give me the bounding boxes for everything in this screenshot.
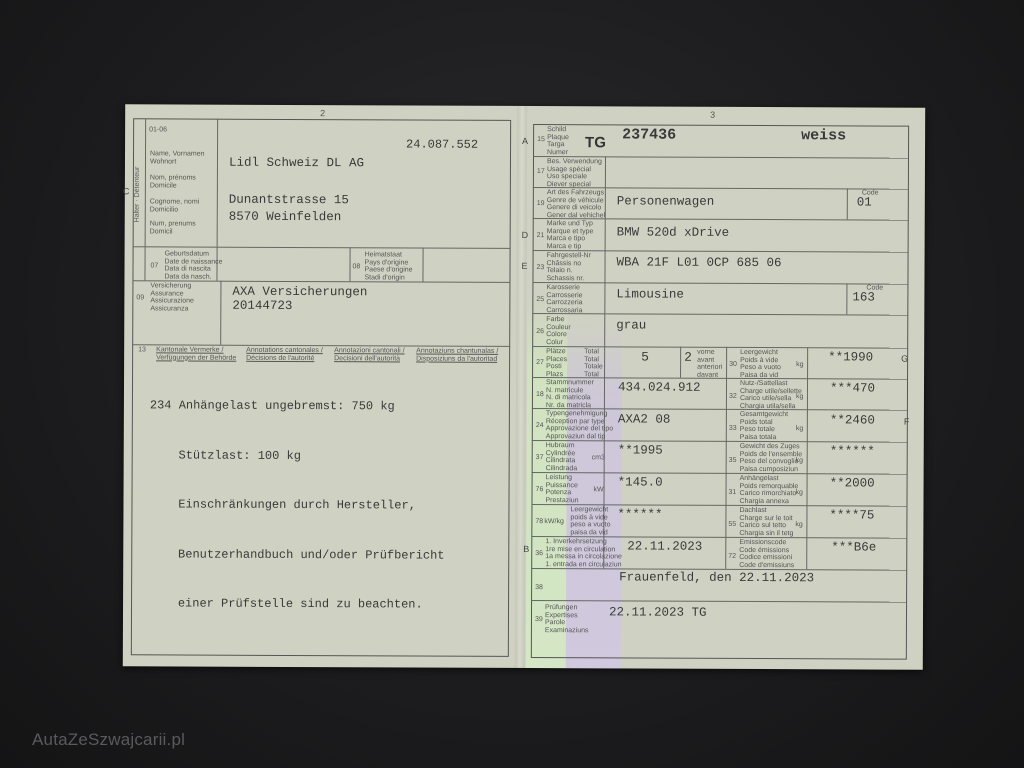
displacement-label: HubraumCylindréeCilindrataCilindrada [546,442,578,472]
holder-city: 8570 Weinfelden [229,210,342,224]
plate-canton: TG [585,134,606,151]
empty-weight-value: **1990 [828,350,873,364]
payload-label: Nutz-/SattellastCharge utile/selletteCar… [740,380,802,410]
power-unit: kW [594,486,604,493]
trailer-load-value: **2000 [830,476,875,490]
plate-number: 237436 [622,126,676,143]
displacement-unit: cm3 [592,454,605,461]
vehicle-type-label: Art des FahrzeugsGenre de véhiculeGenere… [547,189,606,219]
page-number-right: 3 [710,110,715,120]
side-letter-f: F [904,417,910,427]
holder-label-rm: Num, prenums Domicil [150,220,216,235]
power-weight-label: Leergewichtpoids à videpeso a vuotopaisa… [570,506,610,536]
place-date-value: Frauenfeld, den 22.11.2023 [619,570,814,585]
seats-front-label: vorneavantanterioridavant [697,349,722,379]
make-value: BMW 520d xDrive [617,225,730,239]
holder-label-de: Name, Vornamen Wohnort [150,150,216,165]
emission-code-label: EmissionscodeCode émissionsCodice emissi… [739,539,794,569]
seats-total: 5 [641,350,649,365]
holder-label-fr: Nom, prénoms Domicile [150,174,216,189]
chassis-label: Fahrgestell-NrChâssis noTelaio n.Schassi… [546,252,590,282]
matriculation-num: 18 [536,391,544,398]
make-num: 21 [537,232,545,239]
roof-load-num: 55 [728,521,736,528]
power-num: 76 [536,486,544,493]
payload-value: ***470 [830,381,875,395]
side-letter-b: B [523,544,529,554]
birth-label: GeburtsdatumDate de naissanceData di nas… [164,250,222,280]
birth-num: 07 [151,262,159,269]
plate-num: 15 [537,136,545,143]
roof-load-value: ****75 [829,508,874,522]
matriculation-label: StammnummerN. matriculeN. di matricolaNr… [546,379,594,409]
body-code: 163 [852,290,875,304]
roof-load-unit: kg [795,521,802,528]
roof-load-label: DachlastCharge sur le toitCarico sul tet… [739,507,793,537]
empty-weight-unit: kg [796,361,803,368]
first-registration-num: 36 [535,550,543,557]
body-num: 25 [536,296,544,303]
annotations-text: 234 Anhängelast ungebremst: 750 kg Stütz… [149,364,445,646]
emission-code-value: ***B6e [831,540,876,554]
vehicle-registration-document: 2 3 C Halter · Détenteur 01-06 Name, Vor… [123,104,925,669]
inspections-label: PrüfungenExpertisesParoleExaminaziuns [545,604,589,634]
matriculation-value: 434.024.912 [618,380,701,394]
holder-number: 24.087.552 [406,137,478,151]
type-approval-label: TypengenehmigungRéception par typeApprov… [546,410,613,440]
train-weight-value: ****** [830,444,875,458]
vehicle-type-value: Personenwagen [617,194,715,208]
train-weight-unit: kg [796,457,803,464]
holder-name: Lidl Schweiz DL AG [229,156,364,171]
power-weight-unit: kW/kg [544,518,563,525]
side-letter-a: A [522,136,528,146]
displacement-value: **1995 [618,443,663,457]
displacement-num: 37 [536,454,544,461]
trailer-load-num: 31 [729,489,737,496]
trailer-load-unit: kg [796,489,803,496]
page-number-left: 2 [320,108,325,118]
insurance-num: 09 [136,294,144,301]
side-letter-c: C [123,186,130,196]
total-weight-unit: kg [796,425,803,432]
chassis-value: WBA 21F L01 0CP 685 06 [617,255,782,270]
first-registration-value: 22.11.2023 [627,539,702,553]
total-weight-label: GesamtgewichtPoids totalPeso totalePaisa… [740,411,788,441]
chassis-num: 23 [537,264,545,271]
payload-unit: kg [796,393,803,400]
side-letter-d: D [522,230,529,240]
total-weight-value: **2460 [830,413,875,427]
insurance-label: VersicherungAssuranceAssicurazioneAssicu… [150,282,194,312]
seats-total-label: TotalTotalTotaleTotal [584,348,603,378]
special-use-num: 17 [537,168,545,175]
holder-label-it: Cognome, nomi Domicilio [150,198,216,213]
insurance-company: AXA Versicherungen [232,285,367,300]
side-letter-g: G [901,354,908,364]
watermark: AutaZeSzwajcarii.pl [32,730,185,750]
plate-color: weiss [801,127,846,144]
first-registration-label: 1. Inverkehrsetzung1re mise en circulati… [545,538,622,568]
place-date-num: 38 [535,584,543,591]
trailer-load-label: AnhängelastPoids remorquableCarico rimor… [739,475,798,505]
power-weight-value: ****** [617,507,662,521]
power-label: LeistungPuissancePotenzaPrestaziun [545,474,578,504]
type-approval-num: 24 [536,422,544,429]
payload-num: 32 [729,393,737,400]
inspections-num: 39 [535,616,543,623]
side-letter-e: E [522,261,528,271]
origin-num: 08 [353,263,361,270]
power-value: *145.0 [618,475,663,489]
make-label: Marke und TypMarque et typeMarca e tipoM… [547,220,594,250]
insurance-policy: 20144723 [232,299,292,313]
holder-street: Dunantstrasse 15 [229,193,349,208]
annotations-header: 13 Kantonale Vermerke / Verfügungen der … [138,346,508,363]
color-label: FarbeCouleurColoreColur [546,316,571,346]
origin-label: HeimatstaatPays d'originePaese d'origine… [364,251,412,281]
holder-code: 01-06 [149,126,167,134]
color-value: grau [616,318,646,332]
emission-code-num: 72 [728,553,736,560]
inspections-value: 22.11.2023 TG [609,605,707,619]
body-label: KarosserieCarrosserieCarrozzeriaCarrossa… [546,284,582,314]
holder-vertical-label: Halter · Détenteur [134,162,142,222]
empty-weight-num: 30 [729,361,737,368]
type-approval-value: AXA2 08 [618,412,671,426]
special-use-label: Bes. VerwendungUsage spécialUso speciale… [547,158,602,188]
train-weight-num: 35 [729,457,737,464]
body-value: Limousine [616,287,684,301]
seats-num: 27 [536,359,544,366]
seats-label: PlätzePlacesPostiPlazs [546,348,567,378]
plate-label: SchildPlaqueTargaNumer [547,126,569,156]
vehicle-type-num: 19 [537,200,545,207]
total-weight-num: 33 [729,425,737,432]
train-weight-label: Gewicht des ZugesPoids de l'ensemblePeso… [740,443,803,473]
color-num: 26 [536,328,544,335]
seats-front: 2 [684,350,692,365]
empty-weight-label: LeergewichtPoids à videPeso a vuotoPaisa… [740,349,781,379]
vehicle-type-code: 01 [857,195,872,209]
power-weight-num: 78 [535,518,543,525]
